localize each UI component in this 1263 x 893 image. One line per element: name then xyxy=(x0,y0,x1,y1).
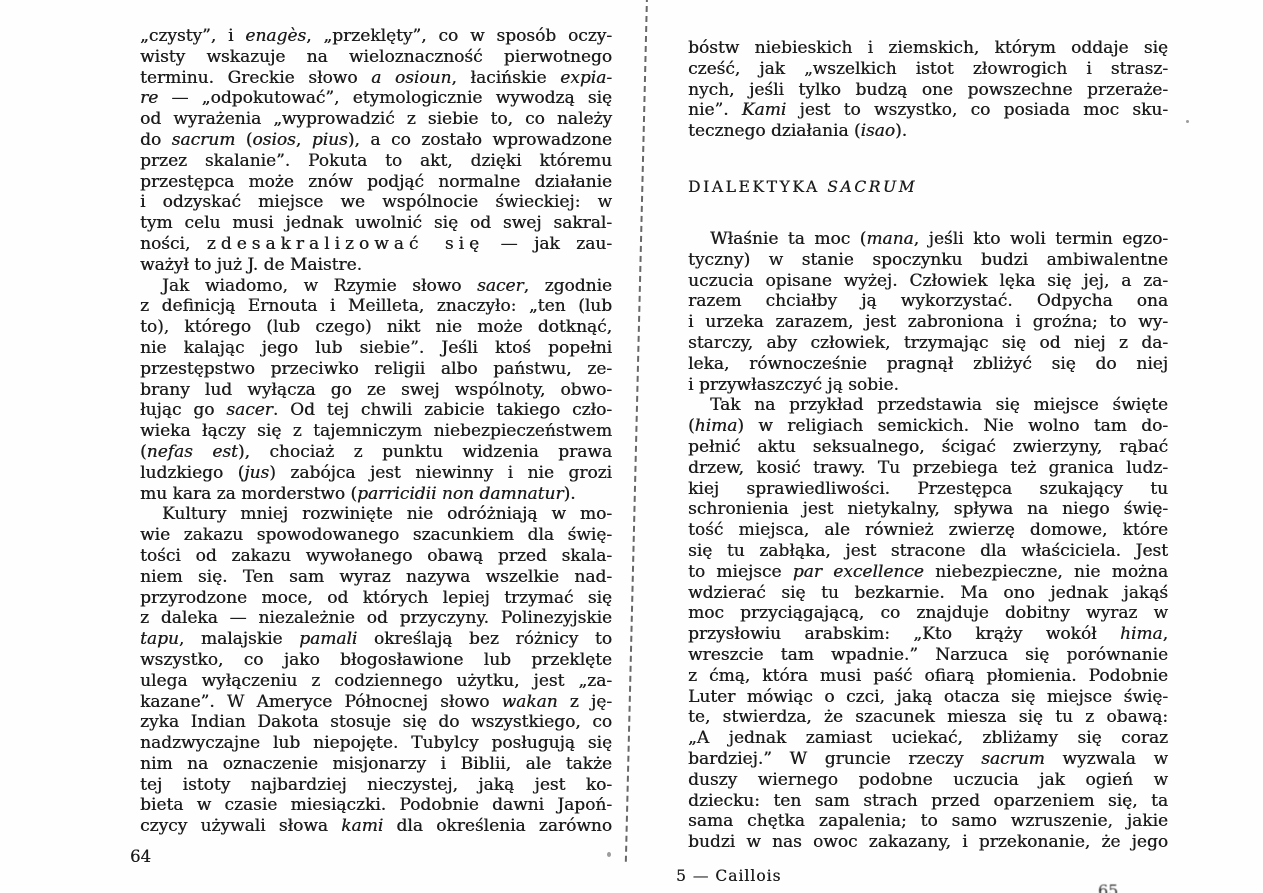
binding-crease-line xyxy=(625,0,648,862)
text-line: re — „odpokutować”, etymologicznie wywod… xyxy=(140,88,612,109)
paragraph: Kultury mniej rozwinięte nie odróżniają … xyxy=(140,504,612,837)
paragraph: bóstw niebieskich i ziemskich, którym od… xyxy=(688,38,1168,142)
text-line: Tak na przykład przedstawia się miejsce … xyxy=(688,395,1168,416)
book-scan: „czysty”, i enagès, „przeklęty”, co w sp… xyxy=(0,0,1263,893)
text-line: mu kara za morderstwo (parricidii non da… xyxy=(140,484,612,505)
text-line: (nefas est), chociaż z punktu widzenia p… xyxy=(140,442,612,463)
text-line: wreszcie tam wpadnie.” Narzuca się porów… xyxy=(688,645,1168,666)
text-line: schronienia jest nietykalny, spływa na n… xyxy=(688,499,1168,520)
text-line: z ćmą, która musi paść ofiarą płomienia.… xyxy=(688,666,1168,687)
text-line: do sacrum (osios, pius), a co zostało wp… xyxy=(140,130,612,151)
text-line: ności, zdesakralizować się — jak zau- xyxy=(140,234,612,255)
paragraph: Właśnie ta moc (mana, jeśli kto woli ter… xyxy=(688,229,1168,395)
text-line: wdzierać się tu bezkarnie. Ma ono jednak… xyxy=(688,583,1168,604)
text-line: Właśnie ta moc (mana, jeśli kto woli ter… xyxy=(688,229,1168,250)
text-line: wie zakazu spowodowanego szacunkiem dla … xyxy=(140,525,612,546)
text-line: (hima) w religiach semickich. Nie wolno … xyxy=(688,416,1168,437)
text-line: niem się. Ten sam wyraz nazywa wszelkie … xyxy=(140,567,612,588)
text-line: bardziej.” W gruncie rzeczy sacrum wyzwa… xyxy=(688,749,1168,770)
text-line: ludzkiego (jus) zabójca jest niewinny i … xyxy=(140,463,612,484)
text-line: bieta w czasie miesiączki. Podobnie dawn… xyxy=(140,795,612,816)
text-line: tapu, malajskie pamali określają bez róż… xyxy=(140,629,612,650)
right-page-intro-text: bóstw niebieskich i ziemskich, którym od… xyxy=(688,38,1168,142)
text-line: kazane”. W Ameryce Północnej słowo wakan… xyxy=(140,692,612,713)
text-line: dziecku: ten sam strach przed oparzeniem… xyxy=(688,791,1168,812)
paragraph: „czysty”, i enagès, „przeklęty”, co w sp… xyxy=(140,26,612,276)
text-line: leka, równocześnie pragnął zbliżyć się d… xyxy=(688,354,1168,375)
text-line: kiej sprawiedliwości. Przestępca szukają… xyxy=(688,479,1168,500)
text-line: wieka łączy się z tajemniczym niebezpiec… xyxy=(140,421,612,442)
text-line: cześć, jak „wszelkich istot złowrogich i… xyxy=(688,59,1168,80)
text-line: przyrodzone moce, od których lepiej trzy… xyxy=(140,588,612,609)
text-line: sama chętka zapalenia; to samo wzruszeni… xyxy=(688,811,1168,832)
text-line: nadzwyczajne lub niepojęte. Tubylcy posł… xyxy=(140,733,612,754)
text-line: i urzeka zarazem, jest zabroniona i groź… xyxy=(688,312,1168,333)
text-line: nie”. Kami jest to wszystko, co posiada … xyxy=(688,100,1168,121)
text-line: i przywłaszczyć ją sobie. xyxy=(688,375,1168,396)
text-line: moc przyciągającą, co znajduje dobitny w… xyxy=(688,603,1168,624)
text-line: nie kalając jego lub siebie”. Jeśli ktoś… xyxy=(140,338,612,359)
left-page: „czysty”, i enagès, „przeklęty”, co w sp… xyxy=(140,26,612,837)
text-line: Luter mówiąc o czci, jaką otacza się mie… xyxy=(688,687,1168,708)
text-line: „A jednak zamiast uciekać, zbliżamy się … xyxy=(688,728,1168,749)
left-page-number: 64 xyxy=(130,847,151,866)
text-line: starczy, aby człowiek, trzymając się od … xyxy=(688,333,1168,354)
text-line: tej istoty najbardziej nieczystej, jaką … xyxy=(140,775,612,796)
text-line: terminu. Greckie słowo a osioun, łacińsk… xyxy=(140,68,612,89)
text-line: wisty wskazuje na wieloznaczność pierwot… xyxy=(140,47,612,68)
text-line: z daleka — niezależnie od przyczyny. Pol… xyxy=(140,608,612,629)
text-line: Kultury mniej rozwinięte nie odróżniają … xyxy=(140,504,612,525)
text-line: czycy używali słowa kami dla określenia … xyxy=(140,816,612,837)
printer-signature: 5 — Caillois xyxy=(676,867,781,885)
text-line: budzi w nas owoc zakazany, i przekonanie… xyxy=(688,832,1168,853)
text-line: pełnić aktu seksualnego, ścigać zwierzyn… xyxy=(688,437,1168,458)
text-line: nim na oznaczenie misjonarzy i Biblii, a… xyxy=(140,754,612,775)
right-page-text: Właśnie ta moc (mana, jeśli kto woli ter… xyxy=(688,229,1168,853)
text-line: się tu zabłąka, jest stracone dla właści… xyxy=(688,541,1168,562)
text-line: przestępstwo przeciwko religii albo pańs… xyxy=(140,359,612,380)
right-page-number-partial: 65 xyxy=(1098,881,1118,893)
text-line: bóstw niebieskich i ziemskich, którym od… xyxy=(688,38,1168,59)
text-line: tość miejsca, ale również zwierzę domowe… xyxy=(688,520,1168,541)
text-line: wszystko, co jako błogosławione lub prze… xyxy=(140,650,612,671)
text-line: zyka Indian Dakota stosuje się do wszyst… xyxy=(140,712,612,733)
text-line: to), którego (lub czego) nikt nie może d… xyxy=(140,317,612,338)
text-line: brany lud wyłącza go ze swej wspólnoty, … xyxy=(140,380,612,401)
text-line: przysłowiu arabskim: „Kto krąży wokół hi… xyxy=(688,624,1168,645)
text-line: te, stwierdza, że szacunek miesza się tu… xyxy=(688,707,1168,728)
scan-speck xyxy=(607,852,611,857)
section-heading: DIALEKTYKA SACRUM xyxy=(688,178,1168,196)
scan-speck xyxy=(1186,120,1189,123)
text-line: drzew, kosić trawy. Tu przebiega też gra… xyxy=(688,458,1168,479)
text-line: „czysty”, i enagès, „przeklęty”, co w sp… xyxy=(140,26,612,47)
text-line: duszy wiernego podobne uczucia jak ogień… xyxy=(688,770,1168,791)
text-line: uczucia opisane wyżej. Człowiek lęka się… xyxy=(688,271,1168,292)
text-line: przez skalanie”. Pokuta to akt, dzięki k… xyxy=(140,151,612,172)
text-line: tyczny) w stanie spoczynku budzi ambiwal… xyxy=(688,250,1168,271)
text-line: razem chciałby ją wykorzystać. Odpycha o… xyxy=(688,291,1168,312)
text-line: i odzyskać miejsce we wspólnocie świecki… xyxy=(140,192,612,213)
text-line: Jak wiadomo, w Rzymie słowo sacer, zgodn… xyxy=(140,276,612,297)
text-line: od wyrażenia „wyprowadzić z siebie to, c… xyxy=(140,109,612,130)
text-line: tości od zakazu wywołanego obawą przed s… xyxy=(140,546,612,567)
text-line: to miejsce par excellence niebezpieczne,… xyxy=(688,562,1168,583)
text-line: ulega wyłączeniu z codziennego użytku, j… xyxy=(140,671,612,692)
paragraph: Tak na przykład przedstawia się miejsce … xyxy=(688,395,1168,853)
text-line: przestępca może znów podjąć normalne dzi… xyxy=(140,172,612,193)
text-line: łując go sacer. Od tej chwili zabicie ta… xyxy=(140,400,612,421)
text-line: nych, jeśli tylko budzą one powszechne p… xyxy=(688,80,1168,101)
right-page: bóstw niebieskich i ziemskich, którym od… xyxy=(688,38,1168,853)
left-page-text: „czysty”, i enagès, „przeklęty”, co w sp… xyxy=(140,26,612,837)
text-line: z definicją Ernouta i Meilleta, znaczyło… xyxy=(140,296,612,317)
text-line: tecznego działania (isao). xyxy=(688,121,1168,142)
text-line: ważył to już J. de Maistre. xyxy=(140,255,612,276)
text-line: tym celu musi jednak uwolnić się od swej… xyxy=(140,213,612,234)
paragraph: Jak wiadomo, w Rzymie słowo sacer, zgodn… xyxy=(140,276,612,505)
